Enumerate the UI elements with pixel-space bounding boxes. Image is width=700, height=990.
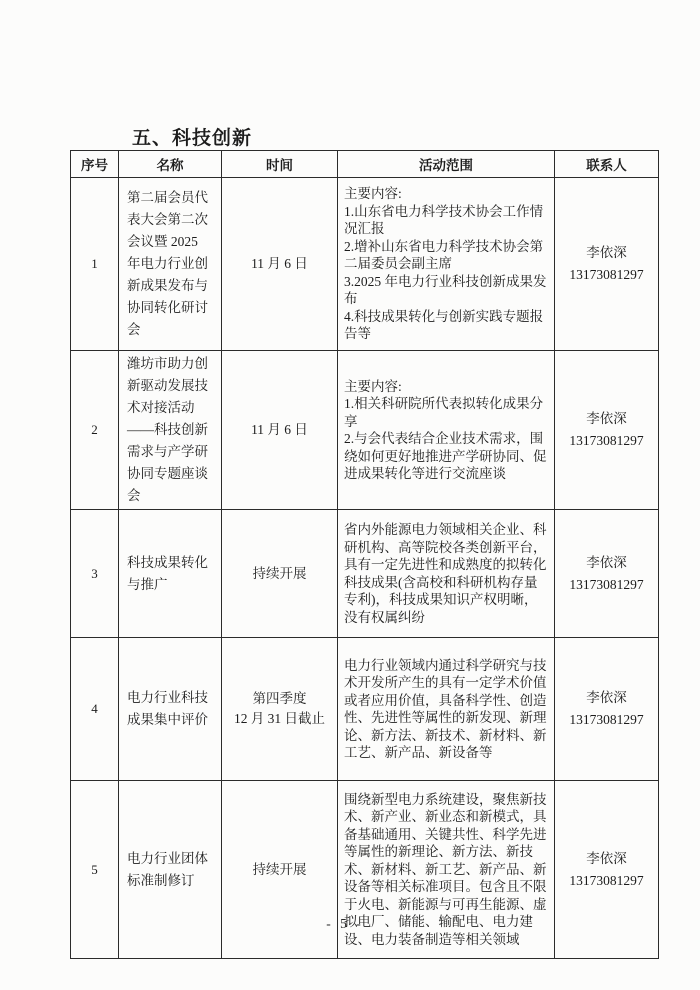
table-header-row: 序号 名称 时间 活动范围 联系人 (71, 151, 659, 178)
activity-name: 科技成果转化与推广 (119, 510, 222, 638)
row-number: 2 (71, 351, 119, 510)
activity-contact: 李依深 13173081297 (555, 638, 659, 781)
row-number: 1 (71, 178, 119, 351)
activity-time: 11 月 6 日 (222, 351, 338, 510)
table-row: 4 电力行业科技成果集中评价 第四季度 12 月 31 日截止 电力行业领域内通… (71, 638, 659, 781)
table-row: 1 第二届会员代表大会第二次会议暨 2025 年电力行业创新成果发布与协同转化研… (71, 178, 659, 351)
activity-scope: 省内外能源电力领域相关企业、科研机构、高等院校各类创新平台，具有一定先进性和成熟… (338, 510, 555, 638)
activity-contact: 李依深 13173081297 (555, 510, 659, 638)
activity-scope: 主要内容: 1.相关科研院所代表拟转化成果分享 2.与会代表结合企业技术需求，围… (338, 351, 555, 510)
table-row: 3 科技成果转化与推广 持续开展 省内外能源电力领域相关企业、科研机构、高等院校… (71, 510, 659, 638)
page-number: - 5 - (0, 916, 690, 932)
document-page: 五、科技创新 序号 名称 时间 活动范围 联系人 1 第二届会员代表大会第二次会… (0, 0, 700, 990)
table-row: 2 潍坊市助力创新驱动发展技术对接活动——科技创新需求与产学研协同专题座谈会 1… (71, 351, 659, 510)
row-number: 3 (71, 510, 119, 638)
activity-contact: 李依深 13173081297 (555, 351, 659, 510)
col-header-contact: 联系人 (555, 151, 659, 178)
col-header-time: 时间 (222, 151, 338, 178)
activity-time: 第四季度 12 月 31 日截止 (222, 638, 338, 781)
activity-scope: 主要内容: 1.山东省电力科学技术协会工作情况汇报 2.增补山东省电力科学技术协… (338, 178, 555, 351)
row-number: 4 (71, 638, 119, 781)
col-header-scope: 活动范围 (338, 151, 555, 178)
activity-scope: 电力行业领域内通过科学研究与技术开发所产生的具有一定学术价值或者应用价值，具备科… (338, 638, 555, 781)
activity-time: 持续开展 (222, 510, 338, 638)
activity-name: 第二届会员代表大会第二次会议暨 2025 年电力行业创新成果发布与协同转化研讨会 (119, 178, 222, 351)
section-title: 五、科技创新 (132, 123, 252, 150)
activity-time: 11 月 6 日 (222, 178, 338, 351)
activity-name: 电力行业科技成果集中评价 (119, 638, 222, 781)
col-header-name: 名称 (119, 151, 222, 178)
activities-table: 序号 名称 时间 活动范围 联系人 1 第二届会员代表大会第二次会议暨 2025… (70, 150, 659, 959)
activity-contact: 李依深 13173081297 (555, 178, 659, 351)
col-header-no: 序号 (71, 151, 119, 178)
activity-name: 潍坊市助力创新驱动发展技术对接活动——科技创新需求与产学研协同专题座谈会 (119, 351, 222, 510)
